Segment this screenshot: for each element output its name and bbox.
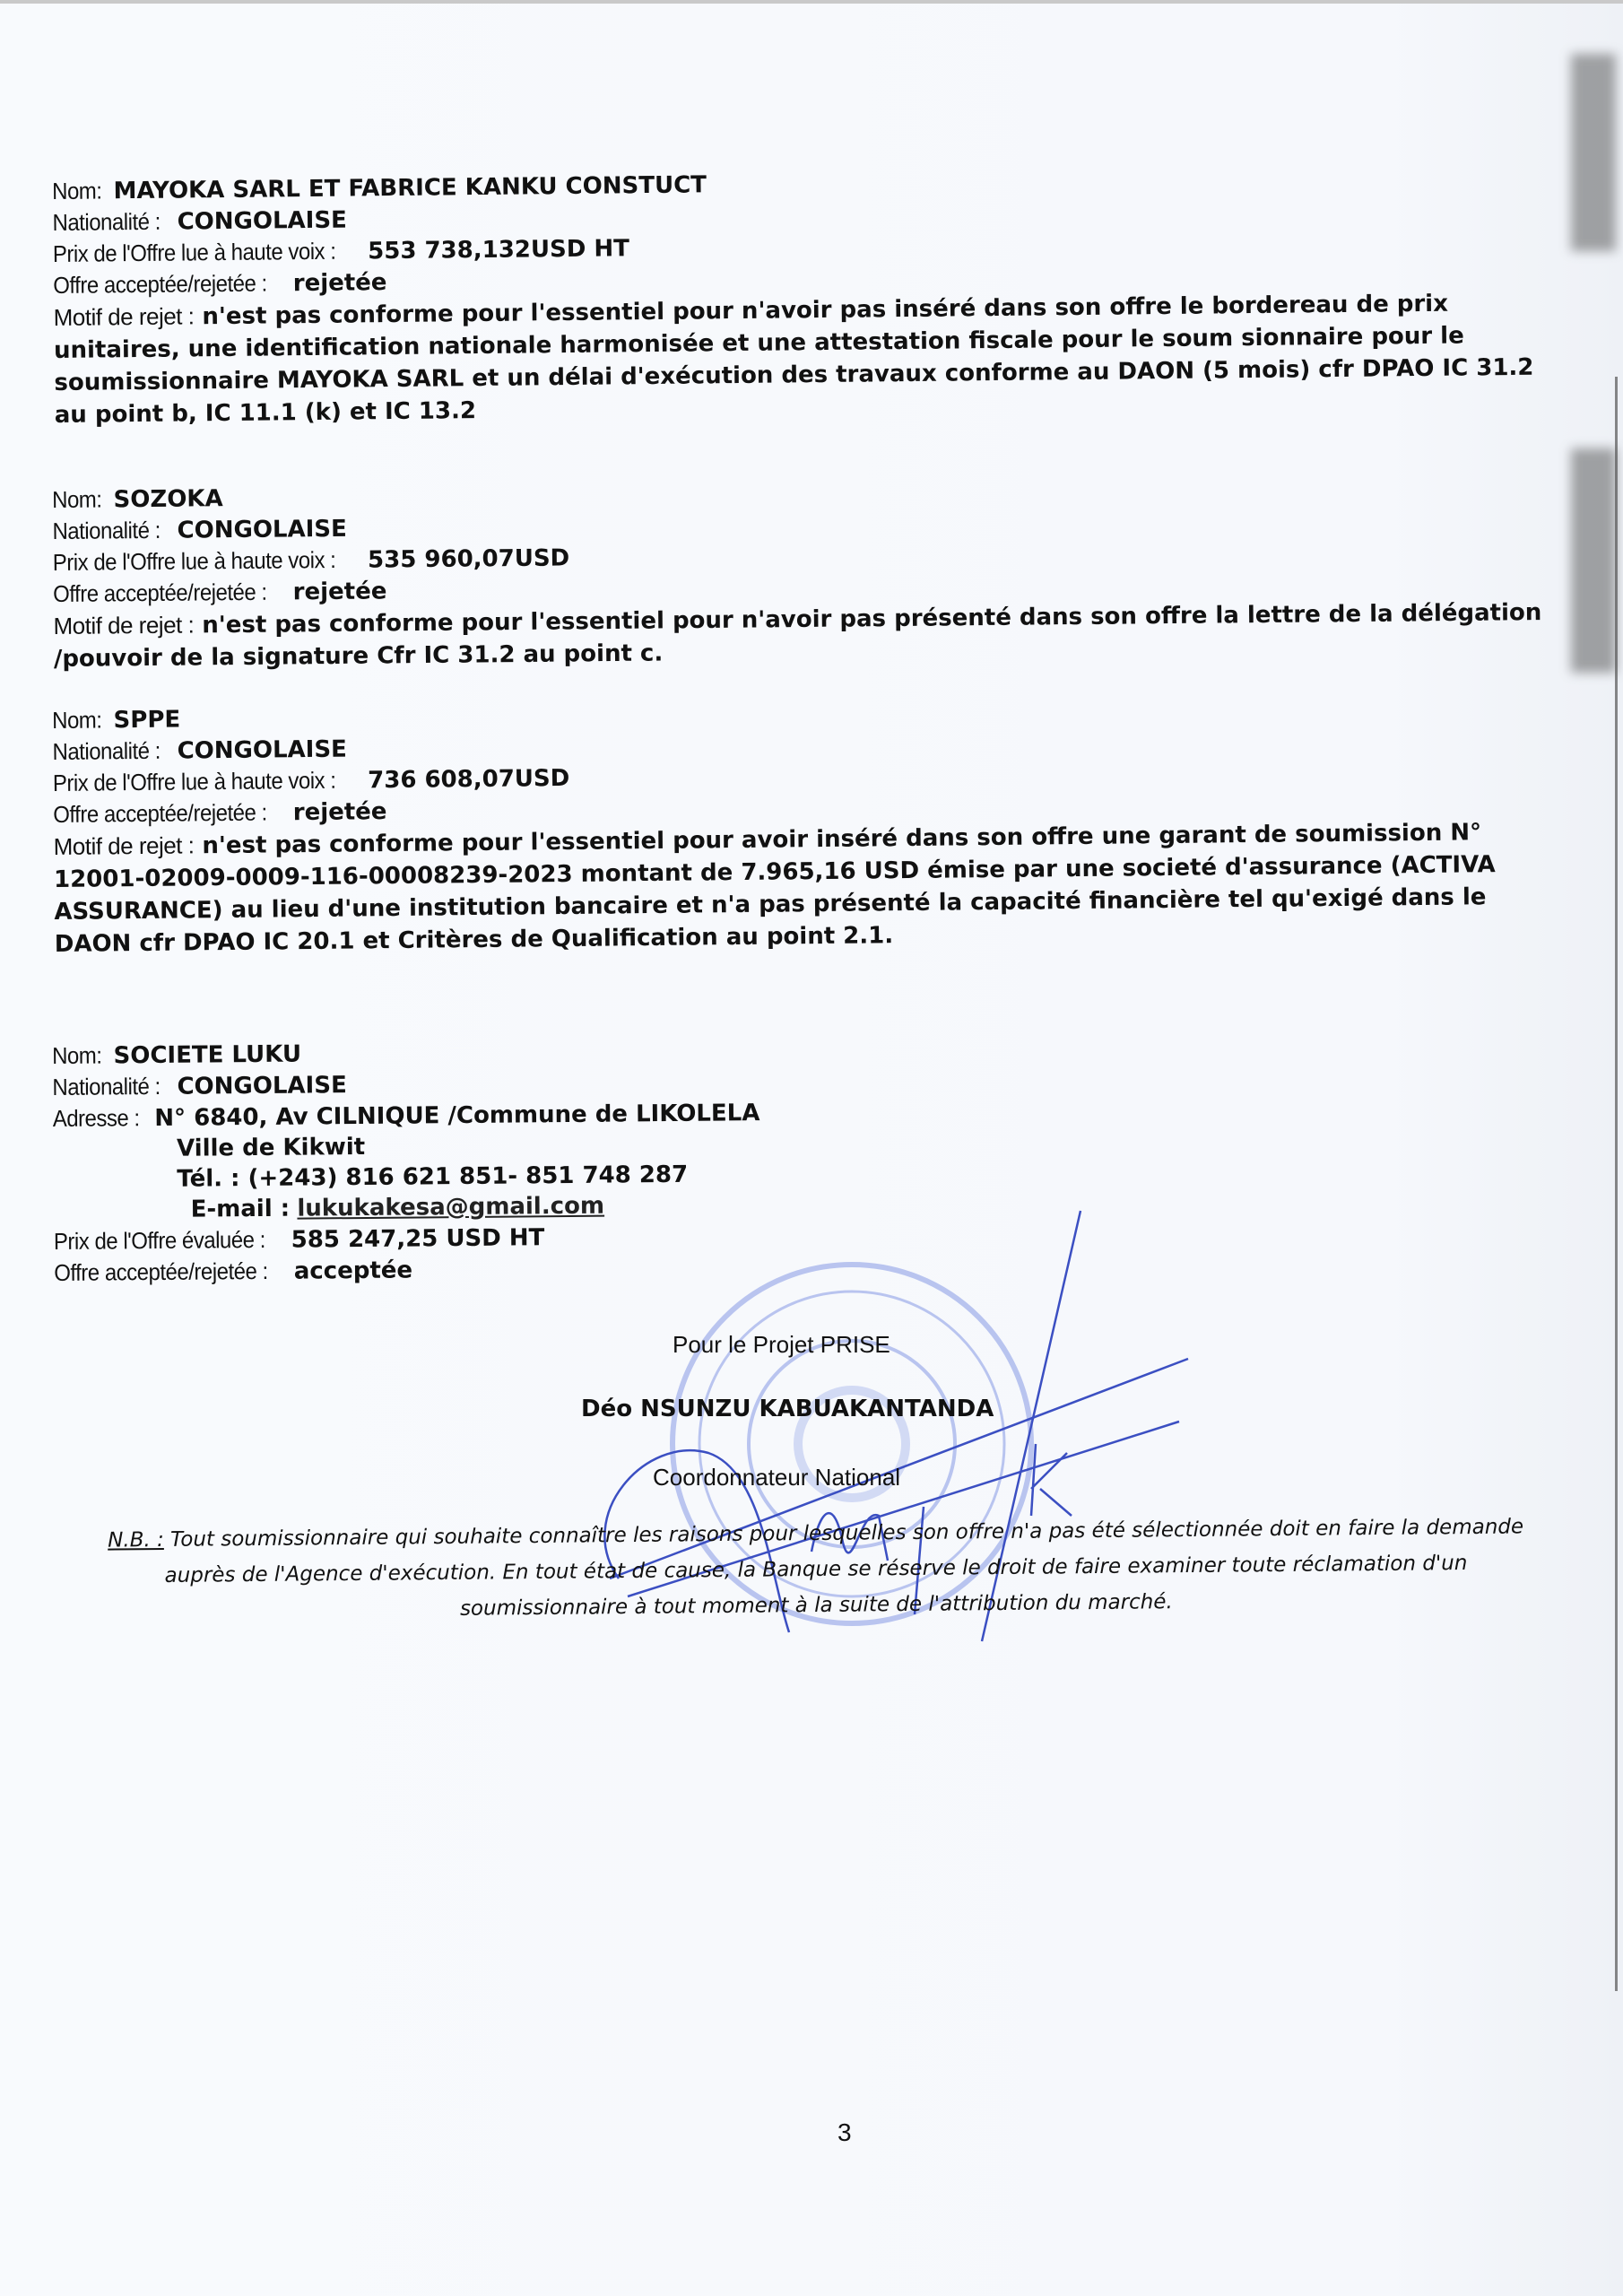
bidder-name: SOZOKA: [113, 485, 222, 513]
bidder-entry: Nom: MAYOKA SARL ET FABRICE KANKU CONSTU…: [52, 161, 1543, 431]
name-label: Nom:: [52, 483, 102, 515]
footnote-text: Tout soumissionnaire qui souhaite connaî…: [164, 1515, 1523, 1620]
email-label: E-mail :: [191, 1196, 291, 1223]
price-label: Prix de l'Offre évaluée :: [54, 1224, 265, 1257]
reason-label: Motif de rejet :: [53, 300, 194, 334]
scan-border: [0, 0, 1623, 4]
reason-label: Motif de rejet :: [53, 608, 194, 642]
email-link[interactable]: lukukakesa@gmail.com: [297, 1193, 604, 1222]
status-label: Offre acceptée/rejetée :: [53, 267, 267, 300]
status-label: Offre acceptée/rejetée :: [53, 577, 267, 609]
bidder-entry: Nom: SOZOKA Nationalité : CONGOLAISE Pri…: [52, 470, 1542, 675]
nationality-label: Nationalité :: [52, 206, 161, 238]
price-label: Prix de l'Offre lue à haute voix :: [53, 544, 336, 578]
name-label: Nom:: [52, 1040, 102, 1071]
scan-shadow: [1571, 54, 1616, 251]
bidder-entry: Nom: SOCIETE LUKU Nationalité : CONGOLAI…: [52, 1028, 1542, 1289]
reason-text: n'est pas conforme pour l'essentiel pour…: [54, 291, 1534, 429]
price-value: 585 247,25 USD HT: [291, 1224, 545, 1253]
signature-org: Pour le Projet PRISE: [673, 1331, 890, 1359]
nationality-label: Nationalité :: [52, 1071, 161, 1102]
status-value: rejetée: [293, 798, 387, 826]
bidder-entry: Nom: SPPE Nationalité : CONGOLAISE Prix …: [52, 690, 1543, 961]
price-value: 535 960,07USD: [368, 544, 569, 573]
nationality-value: CONGOLAISE: [177, 207, 347, 236]
bidder-name: MAYOKA SARL ET FABRICE KANKU CONSTUCT: [113, 171, 707, 204]
price-label: Prix de l'Offre lue à haute voix :: [53, 765, 336, 798]
scan-shadow: [1571, 448, 1616, 673]
nationality-label: Nationalité :: [52, 515, 161, 546]
page-number: 3: [838, 2118, 852, 2147]
nationality-value: CONGOLAISE: [177, 516, 347, 544]
signatory-title: Coordonnateur National: [653, 1464, 900, 1492]
status-value: rejetée: [293, 269, 387, 297]
status-value: rejetée: [293, 578, 387, 605]
scan-edge-line: [1615, 377, 1618, 1991]
reason-text: n'est pas conforme pour l'essentiel pour…: [54, 819, 1496, 958]
footnote-label: N.B. :: [108, 1528, 164, 1552]
price-label: Prix de l'Offre lue à haute voix :: [53, 236, 336, 269]
bidder-name: SOCIETE LUKU: [113, 1041, 301, 1070]
signatory-name: Déo NSUNZU KABUAKANTANDA: [581, 1396, 994, 1422]
bidder-name: SPPE: [113, 707, 180, 735]
status-value: acceptée: [294, 1257, 413, 1285]
reason-text: n'est pas conforme pour l'essentiel pour…: [54, 599, 1542, 673]
scanned-page: Nom: MAYOKA SARL ET FABRICE KANKU CONSTU…: [0, 0, 1623, 2296]
status-label: Offre acceptée/rejetée :: [54, 1256, 268, 1288]
name-label: Nom:: [52, 704, 102, 735]
price-value: 736 608,07USD: [368, 765, 569, 794]
nationality-value: CONGOLAISE: [177, 1072, 347, 1100]
address-value: N° 6840, Av CILNIQUE /Commune de LIKOLEL…: [154, 1100, 759, 1132]
footnote: N.B. : Tout soumissionnaire qui souhaite…: [89, 1509, 1542, 1631]
nationality-label: Nationalité :: [52, 735, 161, 767]
address-label: Adresse :: [53, 1102, 140, 1134]
price-value: 553 738,132USD HT: [368, 235, 629, 265]
nationality-value: CONGOLAISE: [177, 736, 347, 765]
reason-label: Motif de rejet :: [53, 829, 194, 863]
status-label: Offre acceptée/rejetée :: [53, 796, 267, 829]
name-label: Nom:: [52, 175, 102, 206]
